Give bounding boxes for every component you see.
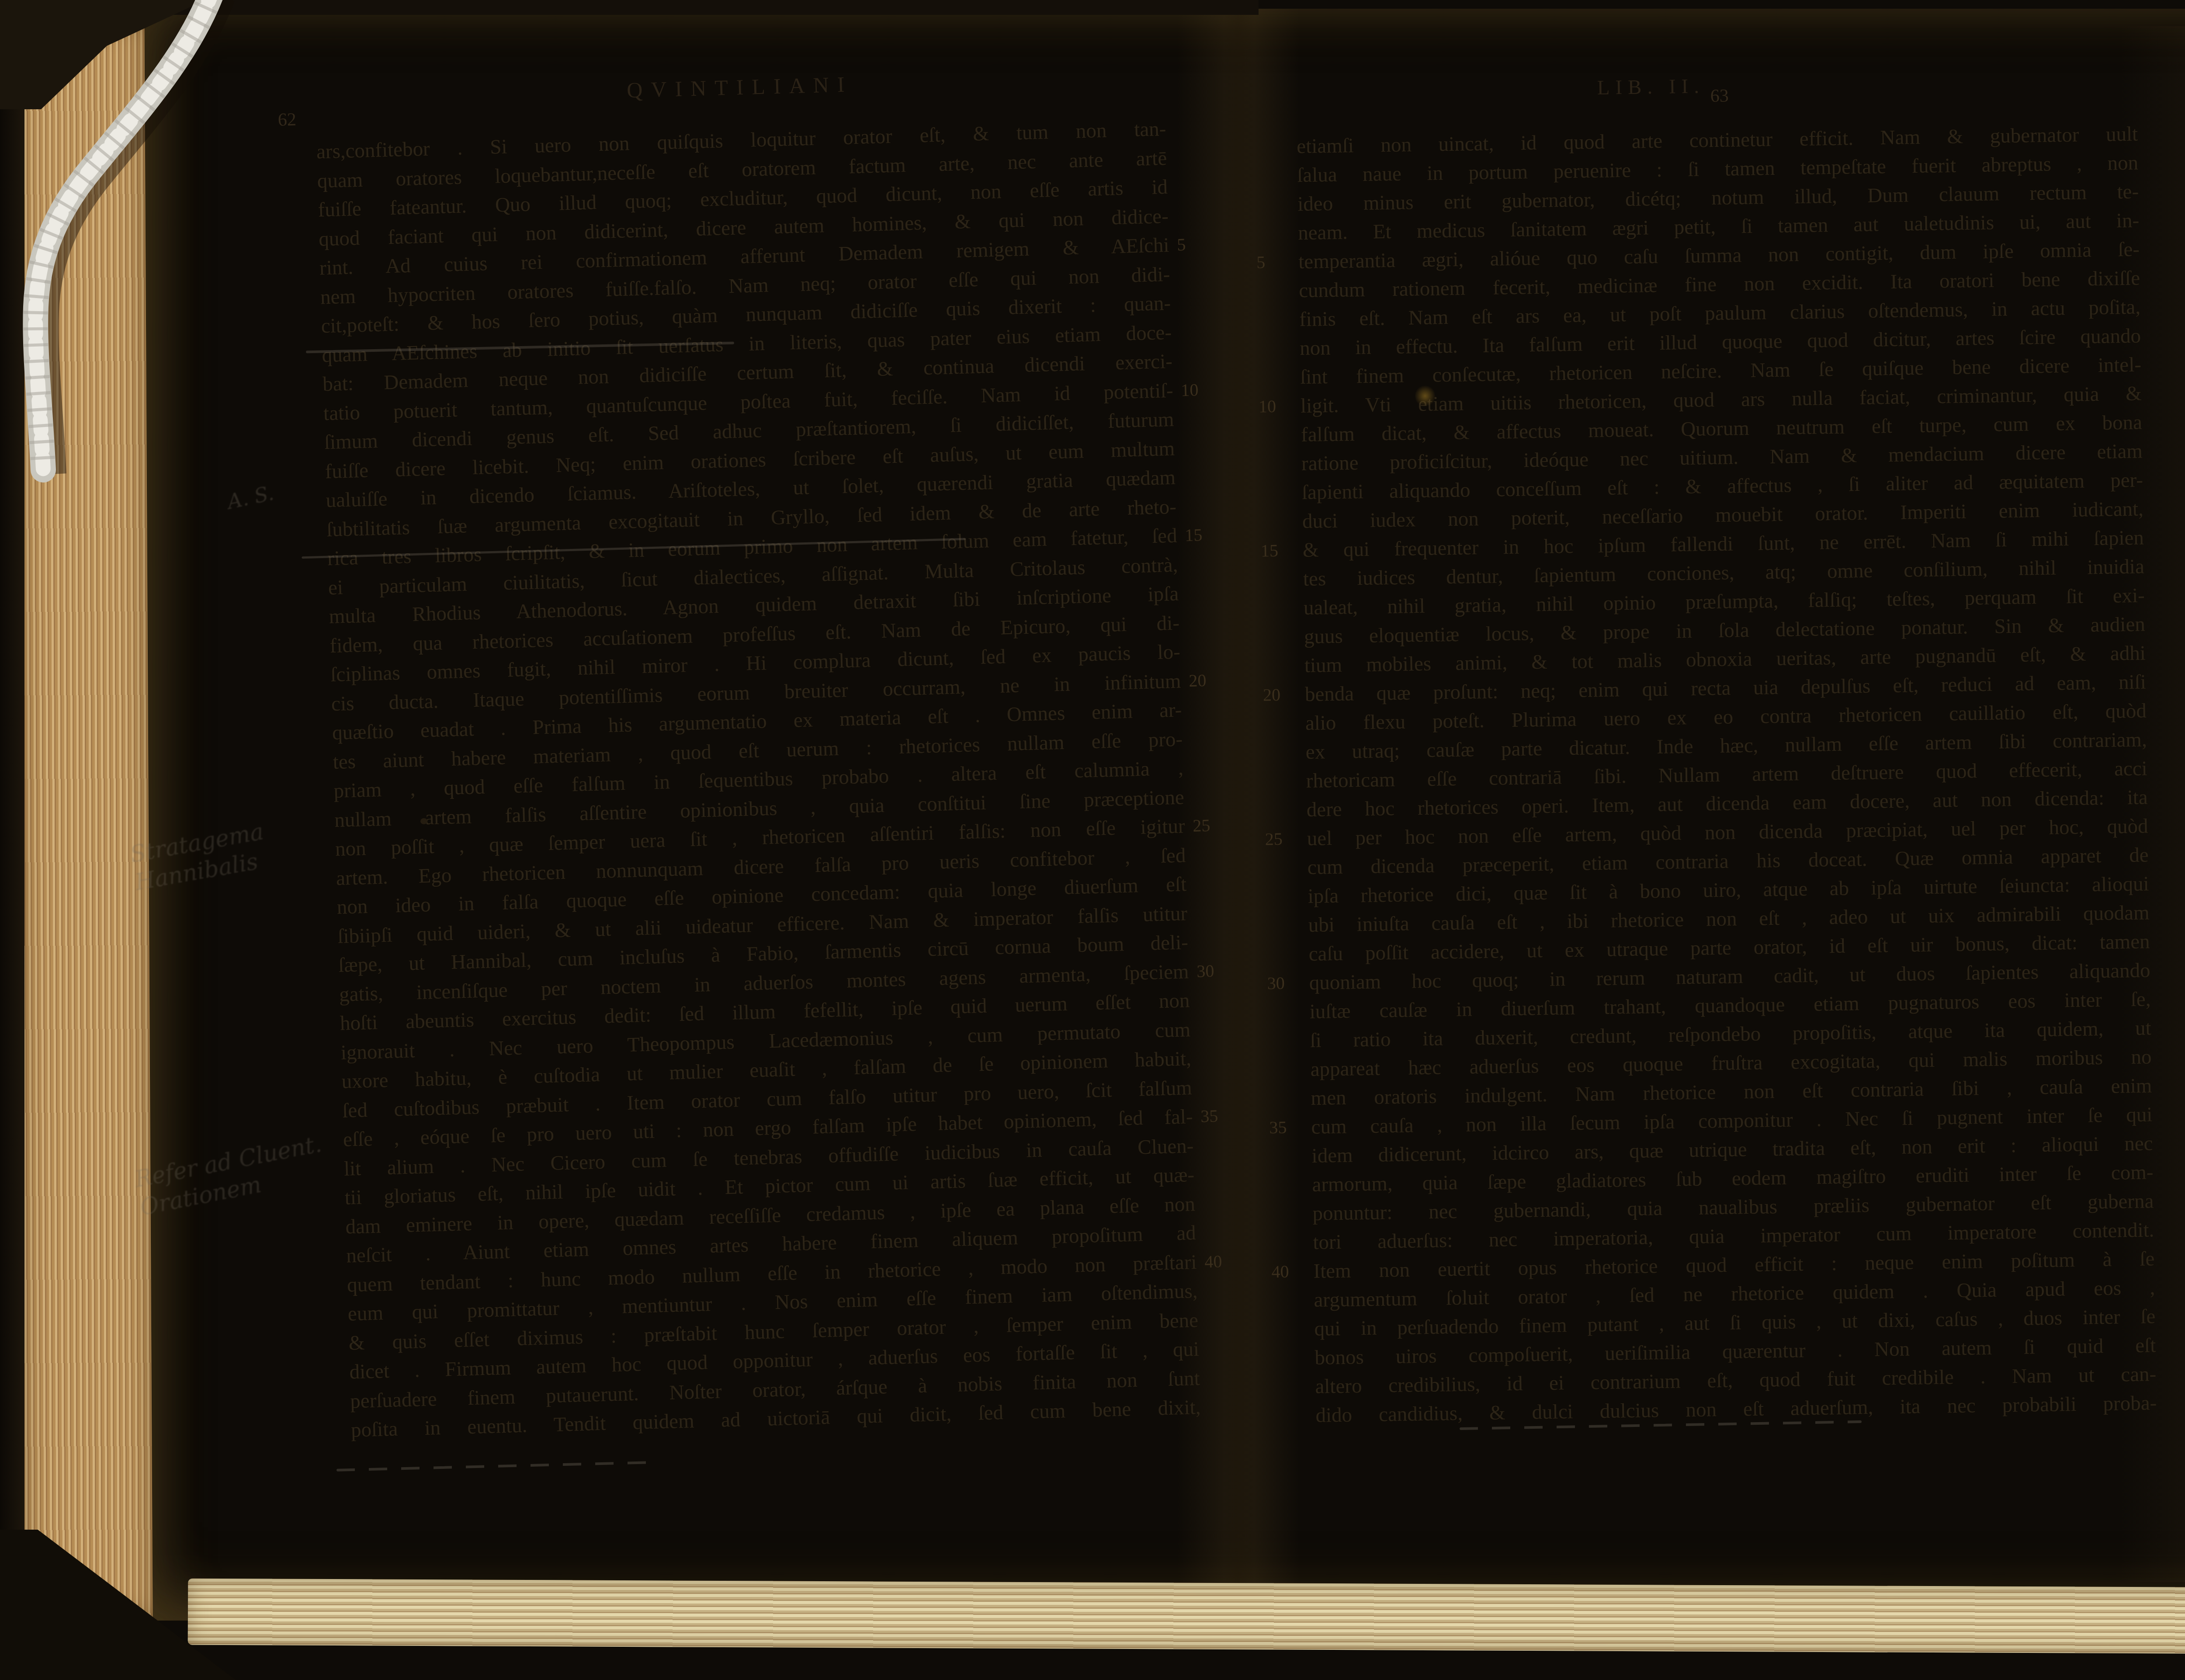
printed-line-number: 40 [1204,1246,1245,1277]
printed-line-number: 30 [1197,956,1237,986]
printed-line-number: 30 [1267,968,1307,998]
printed-line-number: 35 [1269,1113,1309,1142]
printed-line-number: 25 [1193,810,1233,840]
page-number-right: 63 [1710,85,1729,107]
printed-line-number: 35 [1200,1101,1241,1131]
paper-stain [1415,385,1435,407]
page-block-edge-bottom [188,1579,2185,1654]
book-scan: 62 QVINTILIANI ars,confitebor . Si uero … [0,0,2185,1680]
printed-line-number: 20 [1189,665,1229,695]
printed-line-number: 25 [1265,824,1304,854]
text-block-left: ars,confitebor . Si uero non quiſquis lo… [316,115,1201,1445]
page-number-left: 62 [277,109,296,131]
text-block-right: etiamſi non uincat, id quod arte contine… [1297,120,2157,1430]
page-right: LIB. II. 63 etiamſi non uincat, id quod … [1296,68,2157,1430]
printed-line-number: 15 [1261,536,1301,565]
page-left: 62 QVINTILIANI ars,confitebor . Si uero … [315,63,1201,1445]
printed-line-number: 15 [1185,520,1225,550]
printed-line-number: 5 [1177,229,1217,260]
bookmark-ribbon [0,0,332,542]
printed-line-number: 10 [1259,392,1298,421]
printed-line-number: 40 [1271,1257,1311,1286]
printed-line-number: 5 [1256,247,1296,277]
ink-blot [420,818,427,824]
printed-line-number: 20 [1262,680,1302,709]
printed-line-number: 10 [1181,375,1221,405]
